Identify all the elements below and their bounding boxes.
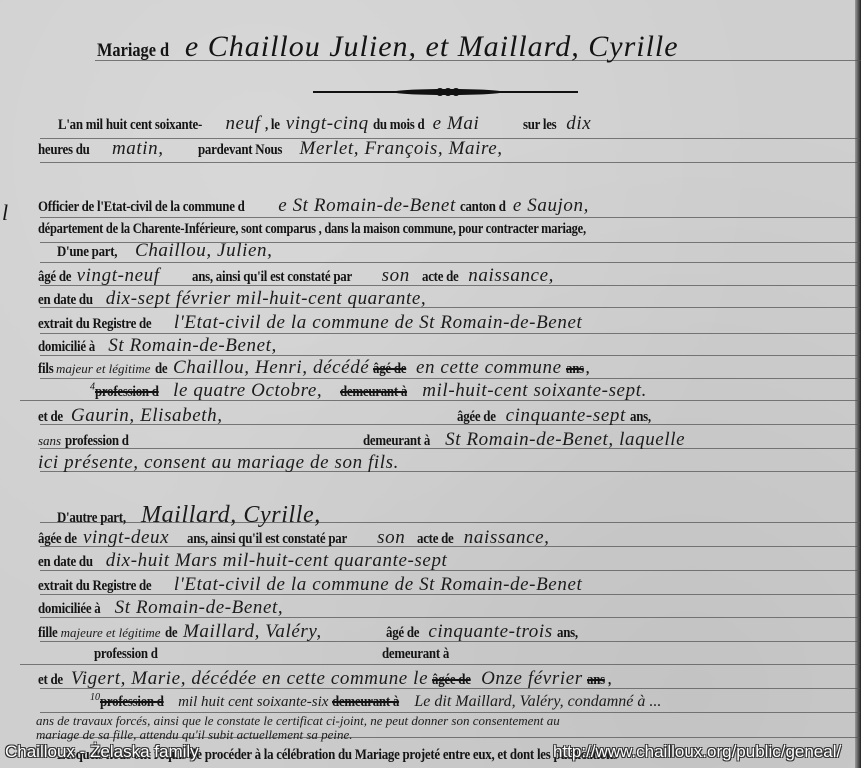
watermark-url: http://www.chailloux.org/public/geneal/ (553, 742, 841, 762)
hand-hour: dix (566, 113, 591, 135)
title-handwritten-names: e Chaillou Julien, et Maillard, Cyrille (185, 30, 679, 63)
line-hour-officer: heures du matin, pardevant Nous Merlet, … (38, 138, 503, 160)
ruled-line (40, 162, 860, 163)
hand-bride-mother: Vigert, Marie, décédée en cette commune … (71, 668, 428, 690)
line-bride-birthdate: en date du dix-huit Mars mil-huit-cent q… (38, 550, 447, 572)
line-father-sentence: 10profession d mil huit cent soixante-si… (90, 692, 661, 711)
line-bride-father-profession: profession d demeurant à (94, 645, 460, 663)
line-groom-mother: et de Gaurin, Elisabeth, âgée de cinquan… (38, 405, 654, 427)
hand-groom-father: Chaillou, Henri, décédé (173, 357, 369, 379)
line-bride-father: fillemajeure et légitime de Maillard, Va… (38, 621, 581, 643)
marriage-record-page: Mariage d e Chaillou Julien, et Maillard… (0, 0, 861, 768)
line-groom-birthdate: en date du dix-sept février mil-huit-cen… (38, 288, 426, 310)
ruled-line (40, 217, 860, 218)
hand-bride-father: Maillard, Valéry, (183, 621, 322, 643)
hand-canton: e Saujon, (513, 195, 589, 217)
line-groom-age: âgé devingt-neuf ans, ainsi qu'il est co… (38, 265, 554, 287)
line-bride-register: extrait du Registre de l'Etat-civil de l… (38, 574, 582, 596)
hand-bride-age: vingt-deux (83, 527, 169, 549)
hand-bride-name: Maillard, Cyrille, (141, 502, 321, 529)
line-groom-father-death-date: 4profession d le quatre Octobre, demeura… (90, 380, 647, 402)
line-bride-name: D'autre part, Maillard, Cyrille, (57, 502, 321, 529)
ruled-line (40, 262, 860, 263)
line-department: département de la Charente-Inférieure, s… (38, 220, 698, 238)
hand-officer-name: Merlet, François, Maire, (300, 138, 503, 160)
line-mother-consent: ici présente, consent au mariage de son … (38, 452, 399, 474)
hand-groom-name: Chaillou, Julien, (135, 240, 272, 262)
record-title: Mariage d e Chaillou Julien, et Maillard… (97, 30, 679, 64)
line-bride-domicile: domiciliée à St Romain-de-Benet, (38, 597, 283, 619)
hand-month: e Mai (433, 113, 480, 135)
hand-bride-birthdate: dix-huit Mars mil-huit-cent quarante-sep… (106, 550, 448, 572)
line-bride-age: âgée devingt-deux ans, ainsi qu'il est c… (38, 527, 549, 549)
line-groom-register: extrait du Registre de l'Etat-civil de l… (38, 312, 582, 334)
ruled-line (20, 664, 860, 665)
hand-day: vingt-cinq (286, 113, 369, 135)
hand-year: neuf (225, 113, 260, 135)
margin-annotation: l (2, 200, 8, 226)
title-printed: Mariage d (97, 40, 169, 62)
hand-commune: e St Romain-de-Benet (278, 195, 456, 217)
line-bride-mother: et de Vigert, Marie, décédée en cette co… (38, 668, 611, 690)
hand-groom-age: vingt-neuf (77, 265, 160, 287)
hand-groom-birthdate: dix-sept février mil-huit-cent quarante, (106, 288, 427, 310)
page-edge-shadow (855, 0, 861, 768)
line-groom-mother-residence: sans profession d demeurant à St Romain-… (38, 429, 685, 451)
hand-groom-mother: Gaurin, Elisabeth, (71, 405, 223, 427)
line-commune-canton: Officier de l'Etat-civil de la commune d… (38, 195, 589, 217)
line-groom-father: filsmajeur et légitime de Chaillou, Henr… (38, 357, 590, 379)
watermark-family: Chailloux - Żelaska family (5, 742, 199, 762)
line-date-year: L'an mil huit cent soixante-neuf , le vi… (58, 113, 591, 135)
line-groom-name: D'une part, Chaillou, Julien, (57, 240, 272, 262)
line-groom-domicile: domicilié à St Romain-de-Benet, (38, 335, 277, 357)
title-ornament-divider (313, 88, 578, 96)
